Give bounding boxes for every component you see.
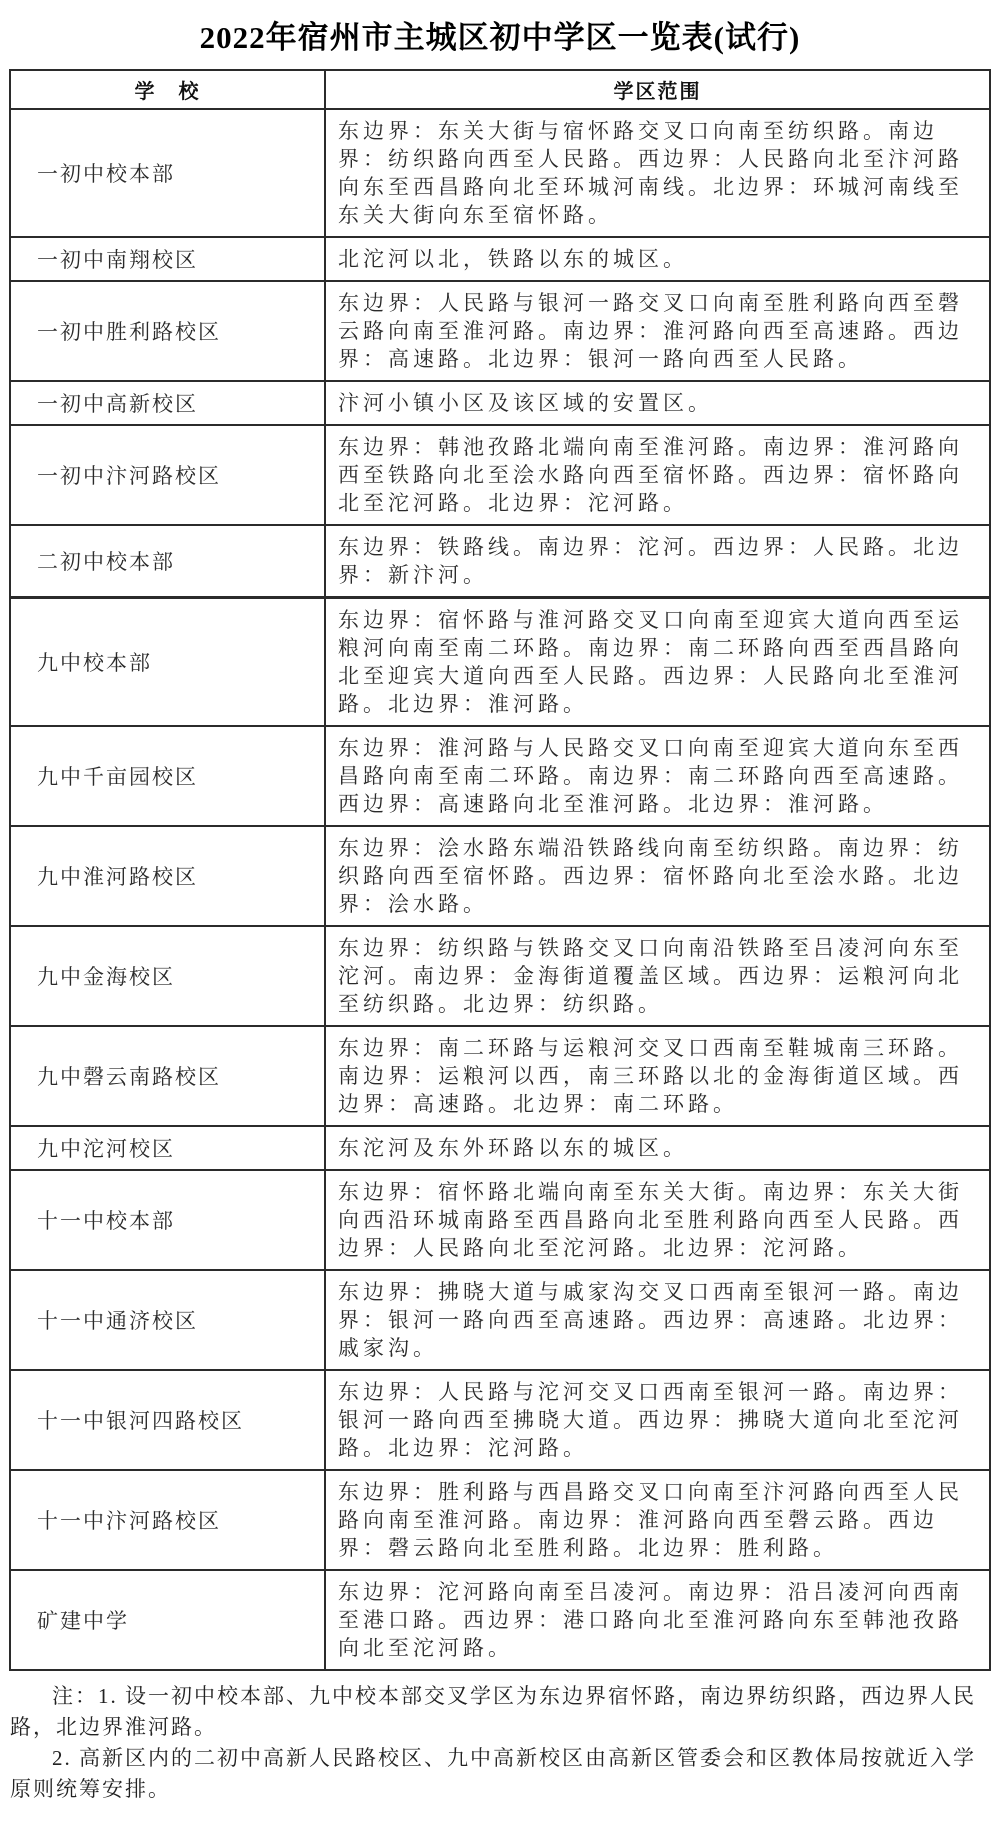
district-range-cell: 东边界：东关大街与宿怀路交叉口向南至纺织路。南边界：纺织路向西至人民路。西边界：… bbox=[325, 109, 990, 237]
table-row: 十一中通济校区 东边界：拂晓大道与戚家沟交叉口西南至银河一路。南边界：银河一路向… bbox=[10, 1270, 990, 1370]
school-name-cell: 矿建中学 bbox=[10, 1570, 325, 1670]
header-row: 学 校 学区范围 bbox=[10, 70, 990, 109]
table-row: 十一中校本部 东边界：宿怀路北端向南至东关大街。南边界：东关大街向西沿环城南路至… bbox=[10, 1170, 990, 1270]
district-range-cell: 东边界：人民路与银河一路交叉口向南至胜利路向西至磬云路向南至淮河路。南边界：淮河… bbox=[325, 281, 990, 381]
school-name-cell: 九中校本部 bbox=[10, 598, 325, 727]
table-row: 九中淮河路校区 东边界：浍水路东端沿铁路线向南至纺织路。南边界：纺织路向西至宿怀… bbox=[10, 826, 990, 926]
table-row: 二初中校本部 东边界：铁路线。南边界：沱河。西边界：人民路。北边界：新汴河。 bbox=[10, 525, 990, 598]
school-name-cell: 九中淮河路校区 bbox=[10, 826, 325, 926]
school-column-header: 学 校 bbox=[10, 70, 325, 109]
school-name-cell: 九中金海校区 bbox=[10, 926, 325, 1026]
school-name-cell: 二初中校本部 bbox=[10, 525, 325, 598]
table-body: 一初中校本部 东边界：东关大街与宿怀路交叉口向南至纺织路。南边界：纺织路向西至人… bbox=[10, 109, 990, 1670]
district-range-cell: 东边界：淮河路与人民路交叉口向南至迎宾大道向东至西昌路向南至南二环路。南边界：南… bbox=[325, 726, 990, 826]
footnotes: 注：1. 设一初中校本部、九中校本部交叉学区为东边界宿怀路，南边界纺织路，西边界… bbox=[10, 1681, 990, 1805]
table-row: 九中沱河校区 东沱河及东外环路以东的城区。 bbox=[10, 1126, 990, 1170]
table-row: 一初中胜利路校区 东边界：人民路与银河一路交叉口向南至胜利路向西至磬云路向南至淮… bbox=[10, 281, 990, 381]
table-row: 一初中汴河路校区 东边界：韩池孜路北端向南至淮河路。南边界：淮河路向西至铁路向北… bbox=[10, 425, 990, 525]
range-column-header: 学区范围 bbox=[325, 70, 990, 109]
district-range-cell: 汴河小镇小区及该区域的安置区。 bbox=[325, 381, 990, 425]
table-header: 学 校 学区范围 bbox=[10, 70, 990, 109]
district-range-cell: 北沱河以北，铁路以东的城区。 bbox=[325, 237, 990, 281]
district-range-cell: 东边界：宿怀路北端向南至东关大街。南边界：东关大街向西沿环城南路至西昌路向北至胜… bbox=[325, 1170, 990, 1270]
table-row: 十一中银河四路校区 东边界：人民路与沱河交叉口西南至银河一路。南边界：银河一路向… bbox=[10, 1370, 990, 1470]
district-range-cell: 东边界：拂晓大道与戚家沟交叉口西南至银河一路。南边界：银河一路向西至高速路。西边… bbox=[325, 1270, 990, 1370]
table-row: 十一中汴河路校区 东边界：胜利路与西昌路交叉口向南至汴河路向西至人民路向南至淮河… bbox=[10, 1470, 990, 1570]
table-row: 九中磬云南路校区 东边界：南二环路与运粮河交叉口西南至鞋城南三环路。南边界：运粮… bbox=[10, 1026, 990, 1126]
table-row: 一初中南翔校区 北沱河以北，铁路以东的城区。 bbox=[10, 237, 990, 281]
table-row: 九中千亩园校区 东边界：淮河路与人民路交叉口向南至迎宾大道向东至西昌路向南至南二… bbox=[10, 726, 990, 826]
table-row: 一初中校本部 东边界：东关大街与宿怀路交叉口向南至纺织路。南边界：纺织路向西至人… bbox=[10, 109, 990, 237]
table-row: 一初中高新校区 汴河小镇小区及该区域的安置区。 bbox=[10, 381, 990, 425]
school-name-cell: 一初中南翔校区 bbox=[10, 237, 325, 281]
district-range-cell: 东边界：纺织路与铁路交叉口向南沿铁路至吕凌河向东至沱河。南边界：金海街道覆盖区域… bbox=[325, 926, 990, 1026]
school-name-cell: 十一中校本部 bbox=[10, 1170, 325, 1270]
footnote-1: 注：1. 设一初中校本部、九中校本部交叉学区为东边界宿怀路，南边界纺织路，西边界… bbox=[10, 1681, 990, 1743]
district-range-cell: 东边界：宿怀路与淮河路交叉口向南至迎宾大道向西至运粮河向南至南二环路。南边界：南… bbox=[325, 598, 990, 727]
district-range-cell: 东边界：浍水路东端沿铁路线向南至纺织路。南边界：纺织路向西至宿怀路。西边界：宿怀… bbox=[325, 826, 990, 926]
footnote-2: 2. 高新区内的二初中高新人民路校区、九中高新校区由高新区管委会和区教体局按就近… bbox=[10, 1743, 990, 1805]
table-row: 九中校本部 东边界：宿怀路与淮河路交叉口向南至迎宾大道向西至运粮河向南至南二环路… bbox=[10, 598, 990, 727]
table-row: 矿建中学 东边界：沱河路向南至吕凌河。南边界：沿吕凌河向西南至港口路。西边界：港… bbox=[10, 1570, 990, 1670]
page-title: 2022年宿州市主城区初中学区一览表(试行) bbox=[0, 12, 1000, 57]
school-name-cell: 一初中汴河路校区 bbox=[10, 425, 325, 525]
school-name-cell: 十一中汴河路校区 bbox=[10, 1470, 325, 1570]
district-range-cell: 东边界：沱河路向南至吕凌河。南边界：沿吕凌河向西南至港口路。西边界：港口路向北至… bbox=[325, 1570, 990, 1670]
district-range-cell: 东沱河及东外环路以东的城区。 bbox=[325, 1126, 990, 1170]
district-range-cell: 东边界：铁路线。南边界：沱河。西边界：人民路。北边界：新汴河。 bbox=[325, 525, 990, 598]
school-name-cell: 一初中胜利路校区 bbox=[10, 281, 325, 381]
district-range-cell: 东边界：胜利路与西昌路交叉口向南至汴河路向西至人民路向南至淮河路。南边界：淮河路… bbox=[325, 1470, 990, 1570]
school-name-cell: 十一中通济校区 bbox=[10, 1270, 325, 1370]
district-range-cell: 东边界：南二环路与运粮河交叉口西南至鞋城南三环路。南边界：运粮河以西，南三环路以… bbox=[325, 1026, 990, 1126]
district-range-cell: 东边界：韩池孜路北端向南至淮河路。南边界：淮河路向西至铁路向北至浍水路向西至宿怀… bbox=[325, 425, 990, 525]
school-name-cell: 九中千亩园校区 bbox=[10, 726, 325, 826]
school-name-cell: 十一中银河四路校区 bbox=[10, 1370, 325, 1470]
document-page: 2022年宿州市主城区初中学区一览表(试行) 学 校 学区范围 一初中校本部 东… bbox=[0, 0, 1000, 1831]
district-range-cell: 东边界：人民路与沱河交叉口西南至银河一路。南边界：银河一路向西至拂晓大道。西边界… bbox=[325, 1370, 990, 1470]
school-name-cell: 一初中校本部 bbox=[10, 109, 325, 237]
school-name-cell: 一初中高新校区 bbox=[10, 381, 325, 425]
school-name-cell: 九中磬云南路校区 bbox=[10, 1026, 325, 1126]
table-row: 九中金海校区 东边界：纺织路与铁路交叉口向南沿铁路至吕凌河向东至沱河。南边界：金… bbox=[10, 926, 990, 1026]
school-name-cell: 九中沱河校区 bbox=[10, 1126, 325, 1170]
school-district-table: 学 校 学区范围 一初中校本部 东边界：东关大街与宿怀路交叉口向南至纺织路。南边… bbox=[9, 69, 991, 1671]
